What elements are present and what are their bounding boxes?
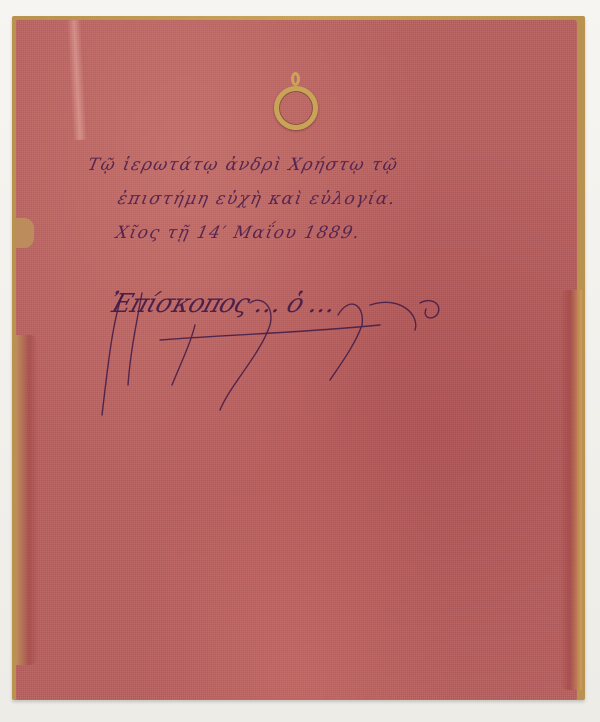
inscription-line-2: ἐπιστήμη εὐχὴ καὶ εὐλογία. [114,182,513,216]
ring-eyelet-icon [291,72,300,86]
handwritten-inscription: Τῷ ἱερωτάτῳ ἀνδρὶ Χρήστῳ τῷ ἐπιστήμη εὐχ… [80,148,510,250]
inscription-line-3: Χῖος τῇ 14′ Μαΐου 1889. [112,216,513,250]
hanging-ring [272,72,322,134]
handwritten-signature: Ἐπίσκοπος … ὁ … [100,285,460,425]
brass-ring-icon [274,86,318,130]
water-stain-right [560,290,582,690]
water-stain-left-upper [16,218,34,248]
signature-flourish-icon [100,285,460,425]
water-stain-left [16,335,38,665]
inscription-line-1: Τῷ ἱερωτάτῳ ἀνδρὶ Χρήστῳ τῷ [84,148,513,182]
